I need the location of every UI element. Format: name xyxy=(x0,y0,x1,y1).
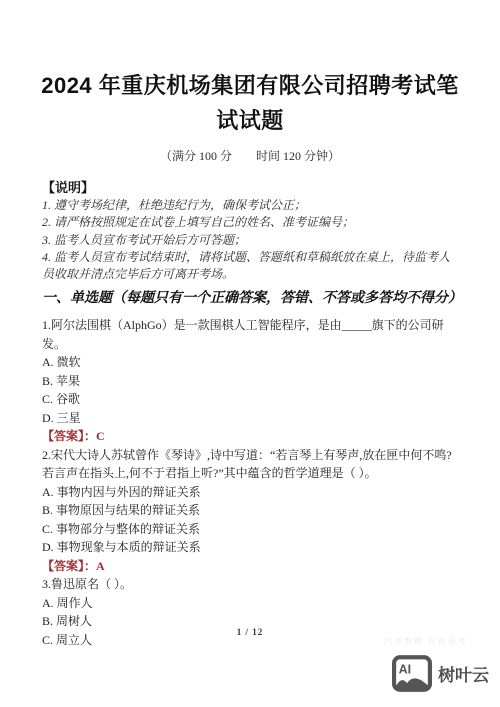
notice-item: 2. 请严格按照规定在试卷上填写自己的姓名、准考证编号； xyxy=(42,214,458,231)
option: A. 事物内因与外因的辩证关系 xyxy=(42,483,458,502)
notice-section: 【说明】 1. 遵守考场纪律，杜绝违纪行为，确保考试公正；2. 请严格按照规定在… xyxy=(42,179,458,283)
option: B. 事物原因与结果的辩证关系 xyxy=(42,501,458,520)
exam-page: 2024 年重庆机场集团有限公司招聘考试笔试试题 （满分 100 分 时间 12… xyxy=(0,0,500,707)
page-title: 2024 年重庆机场集团有限公司招聘考试笔试试题 xyxy=(41,68,459,138)
exam-meta: （满分 100 分 时间 120 分钟） xyxy=(0,147,500,164)
option: D. 三星 xyxy=(42,409,458,428)
question-stem: 2.宋代大诗人苏轼曾作《琴诗》,诗中写道：“若言琴上有琴声,放在匣中何不鸣?若言… xyxy=(42,446,458,483)
brand-name: 树叶云 xyxy=(438,661,489,686)
section-heading: 一、单选题（每题只有一个正确答案，答错、不答或多答均不得分） xyxy=(42,290,462,308)
question-block: 1.阿尔法围棋（AlphGo）是一款围棋人工智能程序，是由_____旗下的公司研… xyxy=(42,316,458,446)
question-block: 2.宋代大诗人苏轼曾作《琴诗》,诗中写道：“若言琴上有琴声,放在匣中何不鸣?若言… xyxy=(42,446,458,576)
notice-item: 1. 遵守考场纪律，杜绝违纪行为，确保考试公正； xyxy=(42,197,458,214)
answer-label: 【答案】：A xyxy=(42,557,458,576)
option: D. 事物现象与本质的辩证关系 xyxy=(42,538,458,557)
notice-item: 3. 监考人员宣布考试开始后方可答题； xyxy=(42,232,458,249)
answer-label: 【答案】：C xyxy=(42,427,458,446)
ai-icon-label: AI xyxy=(399,663,412,677)
option: A. 微软 xyxy=(42,353,458,372)
question-stem: 1.阿尔法围棋（AlphGo）是一款围棋人工智能程序，是由_____旗下的公司研… xyxy=(42,316,458,353)
notice-item: 4. 监考人员宣布考试结束时，请将试题、答题纸和草稿纸放在桌上，待监考人员收取并… xyxy=(42,249,458,283)
notice-header: 【说明】 xyxy=(42,179,458,196)
notice-items: 1. 遵守考场纪律，杜绝违纪行为，确保考试公正；2. 请严格按照规定在试卷上填写… xyxy=(42,197,458,284)
brand-logo: AI 树叶云 xyxy=(392,655,489,692)
question-options: A. 事物内因与外因的辩证关系B. 事物原因与结果的辩证关系C. 事物部分与整体… xyxy=(42,483,458,557)
option: B. 苹果 xyxy=(42,372,458,391)
ai-image-icon: AI xyxy=(392,655,432,692)
question-options: A. 微软B. 苹果C. 谷歌D. 三星 xyxy=(42,353,458,427)
question-stem: 3.鲁迅原名（ ）。 xyxy=(42,575,458,594)
option: A. 周作人 xyxy=(42,594,458,613)
option: C. 谷歌 xyxy=(42,390,458,409)
question-list: 1.阿尔法围棋（AlphGo）是一款围棋人工智能程序，是由_____旗下的公司研… xyxy=(42,316,458,649)
watermark: 内容整理 仅供参考 xyxy=(384,636,468,647)
option: C. 事物部分与整体的辩证关系 xyxy=(42,520,458,539)
